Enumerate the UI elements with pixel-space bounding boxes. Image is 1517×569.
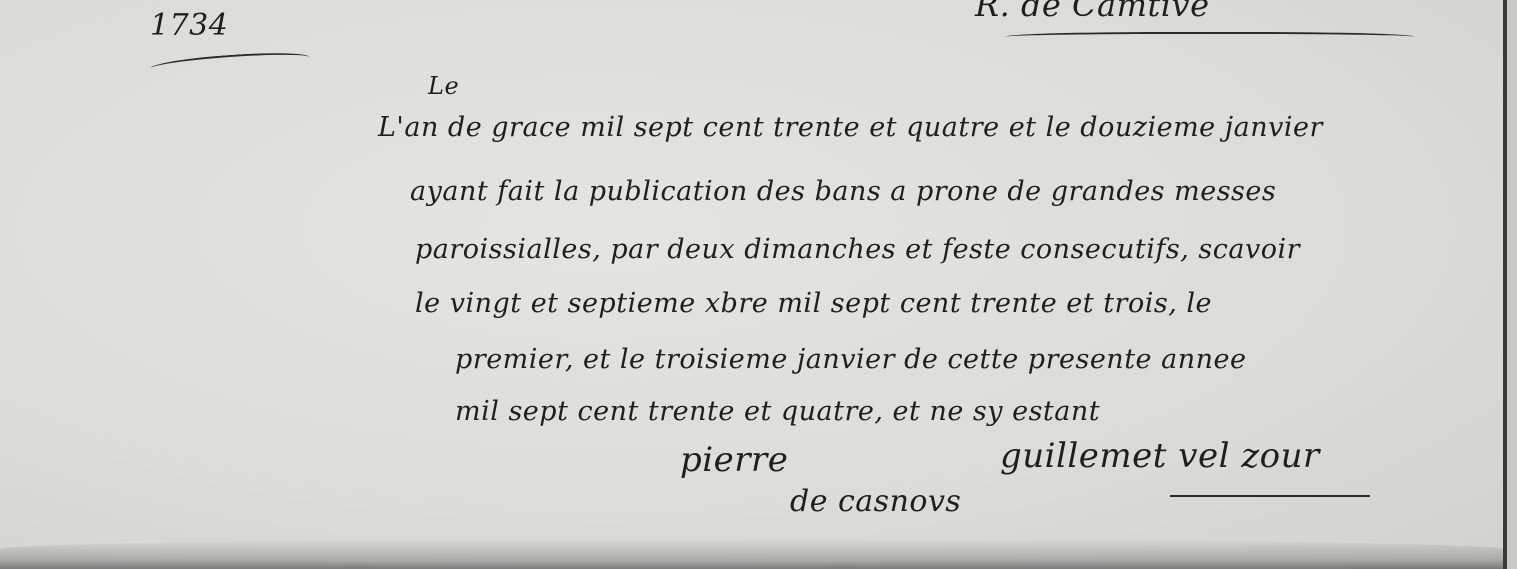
body-line-5: premier, et le troisieme janvier de cett… (455, 344, 1246, 375)
signature-3: de casnovs (790, 484, 961, 519)
manuscript-page: 1734 R. de Camtive Le L'an de grace mil … (0, 0, 1503, 569)
margin-year: 1734 (150, 8, 228, 43)
signature-rule (1170, 495, 1370, 497)
margin-underline (150, 49, 311, 76)
entry-header: R. de Camtive (975, 0, 1210, 24)
body-line-0: Le (428, 72, 459, 100)
page-edge (1503, 0, 1517, 569)
body-line-1: L'an de grace mil sept cent trente et qu… (378, 112, 1323, 143)
body-line-4: le vingt et septieme xbre mil sept cent … (415, 288, 1212, 319)
body-line-2: ayant fait la publication des bans a pro… (410, 176, 1276, 207)
body-line-6: mil sept cent trente et quatre, et ne sy… (455, 396, 1100, 427)
signature-1: pierre (680, 440, 788, 480)
signature-2: guillemet vel zour (1000, 436, 1320, 476)
header-underline (1005, 32, 1415, 44)
body-line-3: paroissialles, par deux dimanches et fes… (415, 234, 1300, 265)
